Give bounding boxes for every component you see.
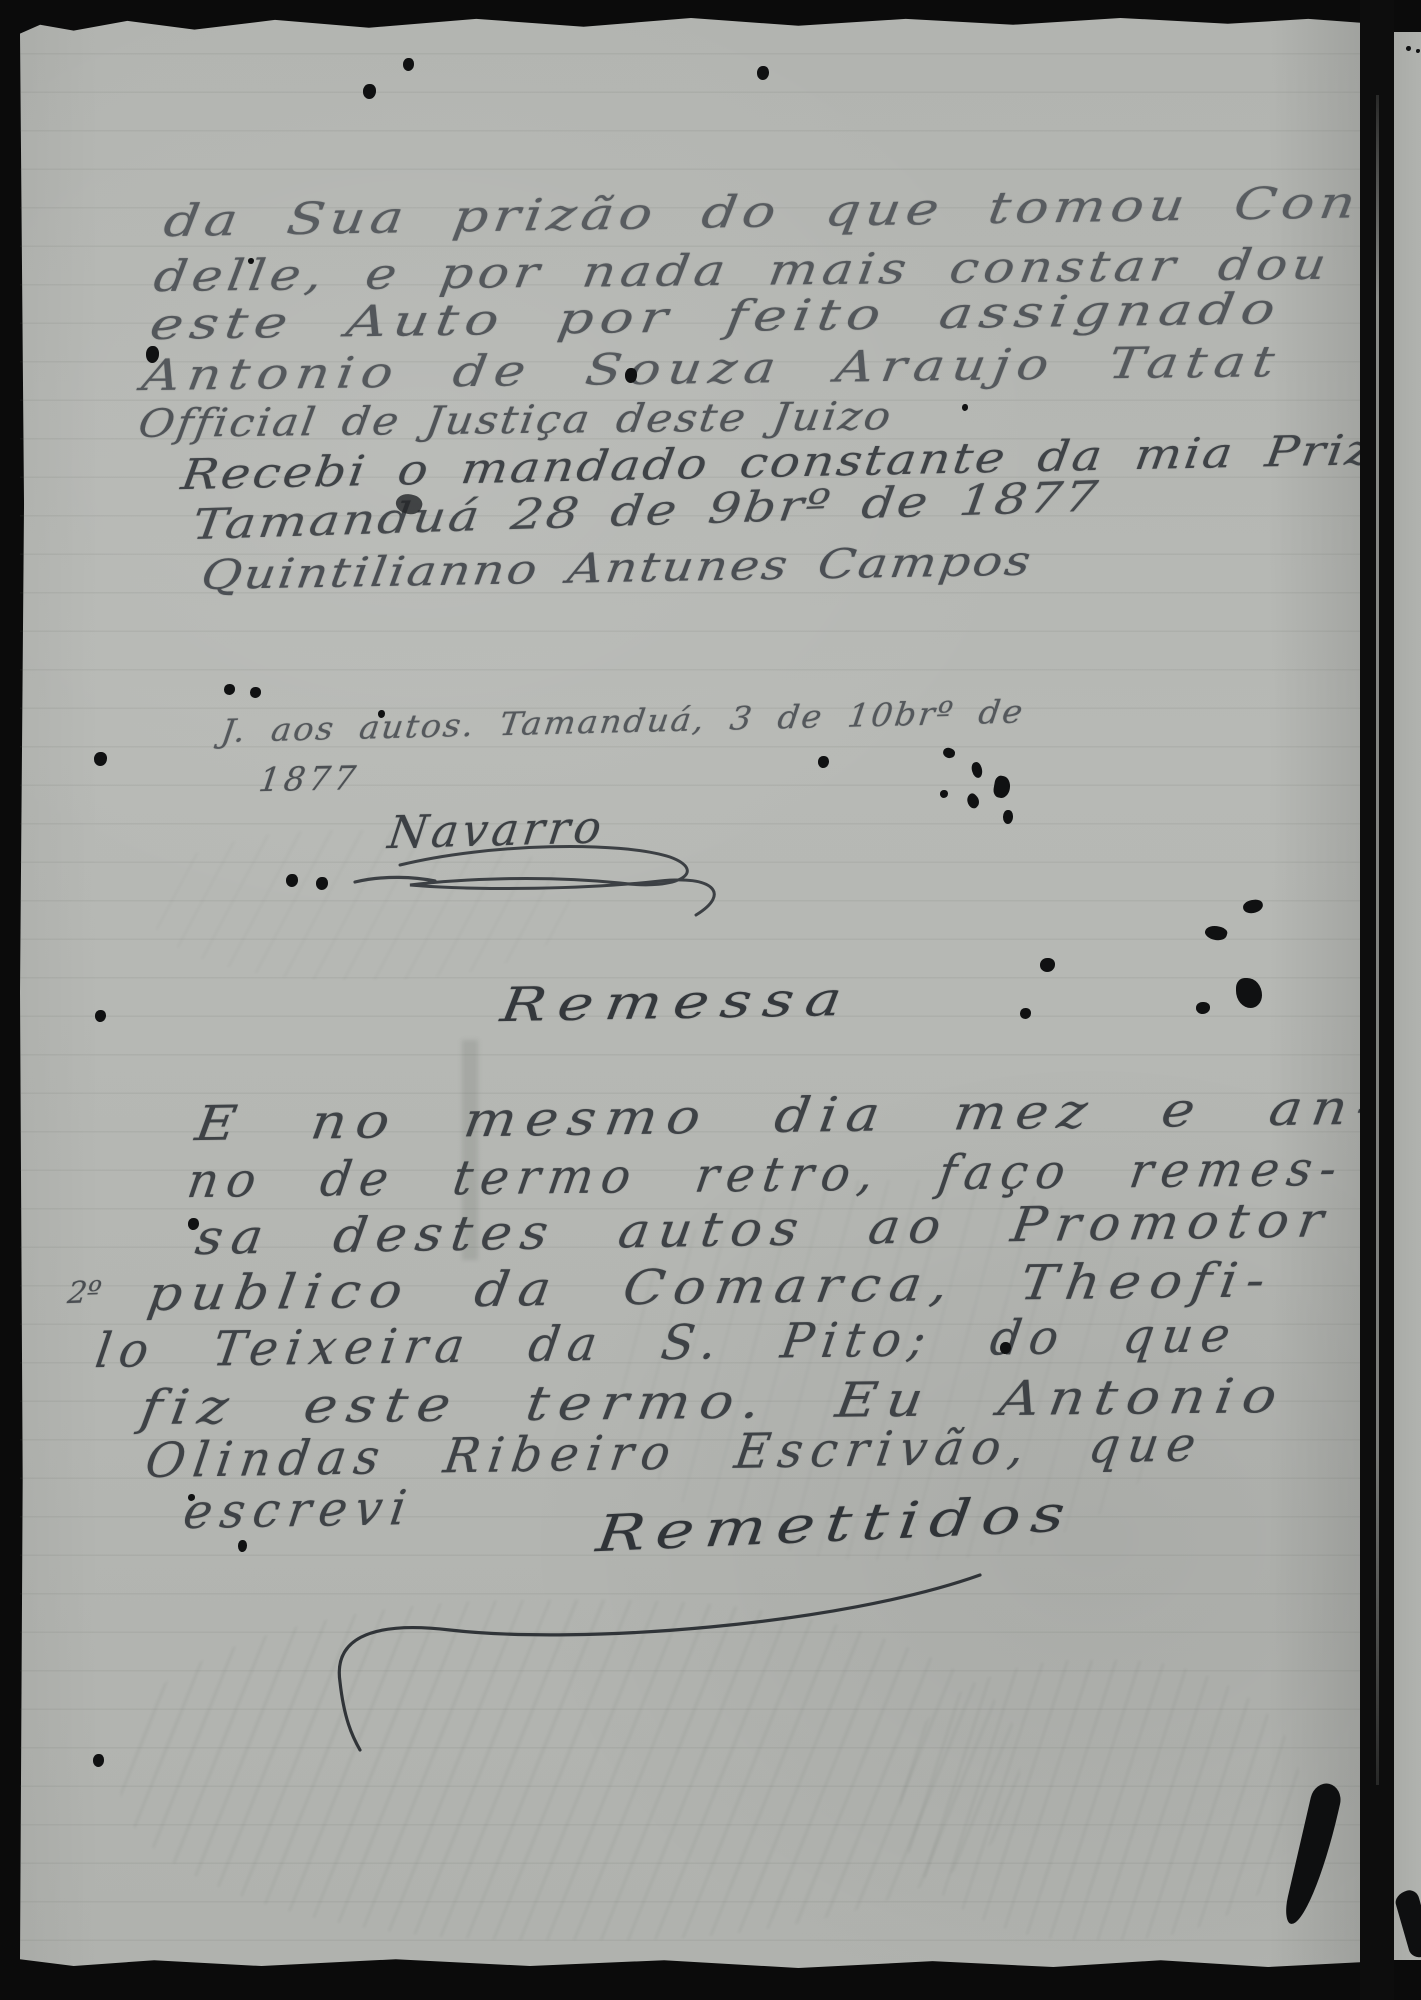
page-tear-mark (1394, 1888, 1421, 1960)
ink-stain (1416, 49, 1420, 53)
ink-stain (1406, 46, 1411, 51)
gutter-highlight (1376, 95, 1379, 1785)
book-gutter (1360, 0, 1394, 2000)
manuscript-page (20, 16, 1362, 1968)
manuscript-scan: da Sua prizão do que tomou Conta delle, … (0, 0, 1421, 2000)
adjacent-page-edge (1394, 32, 1421, 1960)
